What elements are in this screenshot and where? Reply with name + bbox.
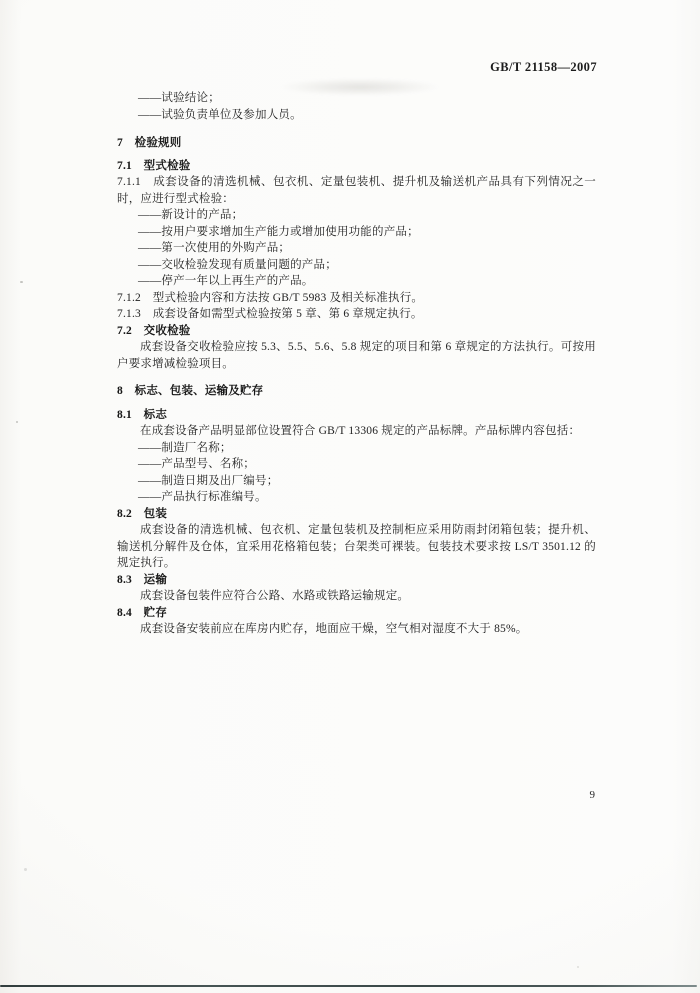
scan-edge-line	[0, 985, 697, 987]
section-7-2-heading: 7.2 交收检验	[117, 323, 596, 340]
list-item-7-1-1: ——停产一年以上再生产的产品。	[138, 273, 596, 290]
paragraph-7-1-1: 7.1.1 成套设备的清选机械、包衣机、定量包装机、提升机及输送机产品具有下列情…	[117, 174, 596, 207]
list-item-8-1: ——产品型号、名称；	[138, 456, 596, 473]
list-item-8-1: ——制造厂名称；	[138, 440, 596, 457]
paragraph-8-3: 成套设备包装件应符合公路、水路或铁路运输规定。	[117, 588, 596, 605]
chapter-8-heading: 8 标志、包装、运输及贮存	[117, 383, 596, 400]
scan-speck	[24, 868, 27, 871]
scan-speck	[16, 421, 18, 423]
paragraph-8-1: 在成套设备产品明显部位设置符合 GB/T 13306 规定的产品标牌。产品标牌内…	[117, 423, 596, 440]
paragraph-7-1-3: 7.1.3 成套设备如需型式检验按第 5 章、第 6 章规定执行。	[117, 306, 596, 323]
page-number: 9	[590, 789, 596, 801]
section-8-2-heading: 8.2 包装	[117, 506, 596, 523]
preamble-item: ——试验负责单位及参加人员。	[138, 107, 596, 124]
section-8-4-heading: 8.4 贮存	[117, 605, 596, 622]
standard-code-header: GB/T 21158—2007	[490, 60, 597, 75]
section-8-3-heading: 8.3 运输	[117, 572, 596, 589]
list-item-8-1: ——产品执行标准编号。	[138, 489, 596, 506]
list-item-7-1-1: ——按用户要求增加生产能力或增加使用功能的产品；	[138, 224, 596, 241]
paragraph-8-4: 成套设备安装前应在库房内贮存，地面应干燥，空气相对湿度不大于 85%。	[117, 621, 596, 638]
scanned-document-page: GB/T 21158—2007 ——试验结论； ——试验负责单位及参加人员。 7…	[0, 0, 700, 993]
chapter-7-heading: 7 检验规则	[117, 135, 596, 152]
section-7-1-heading: 7.1 型式检验	[117, 158, 596, 175]
paragraph-8-2: 成套设备的清选机械、包衣机、定量包装机及控制柜应采用防雨封闭箱包装；提升机、输送…	[117, 522, 596, 572]
section-8-1-heading: 8.1 标志	[117, 407, 596, 424]
document-content: ——试验结论； ——试验负责单位及参加人员。 7 检验规则 7.1 型式检验 7…	[117, 90, 596, 638]
paragraph-7-2: 成套设备交收检验应按 5.3、5.5、5.6、5.8 规定的项目和第 6 章规定…	[117, 339, 596, 372]
list-item-7-1-1: ——新设计的产品；	[138, 207, 596, 224]
paragraph-7-1-2: 7.1.2 型式检验内容和方法按 GB/T 5983 及相关标准执行。	[117, 290, 596, 307]
list-item-7-1-1: ——交收检验发现有质量问题的产品；	[138, 257, 596, 274]
list-item-8-1: ——制造日期及出厂编号；	[138, 473, 596, 490]
scan-speck	[577, 966, 579, 968]
preamble-item: ——试验结论；	[138, 90, 596, 107]
list-item-7-1-1: ——第一次使用的外购产品；	[138, 240, 596, 257]
scan-speck	[20, 281, 23, 283]
